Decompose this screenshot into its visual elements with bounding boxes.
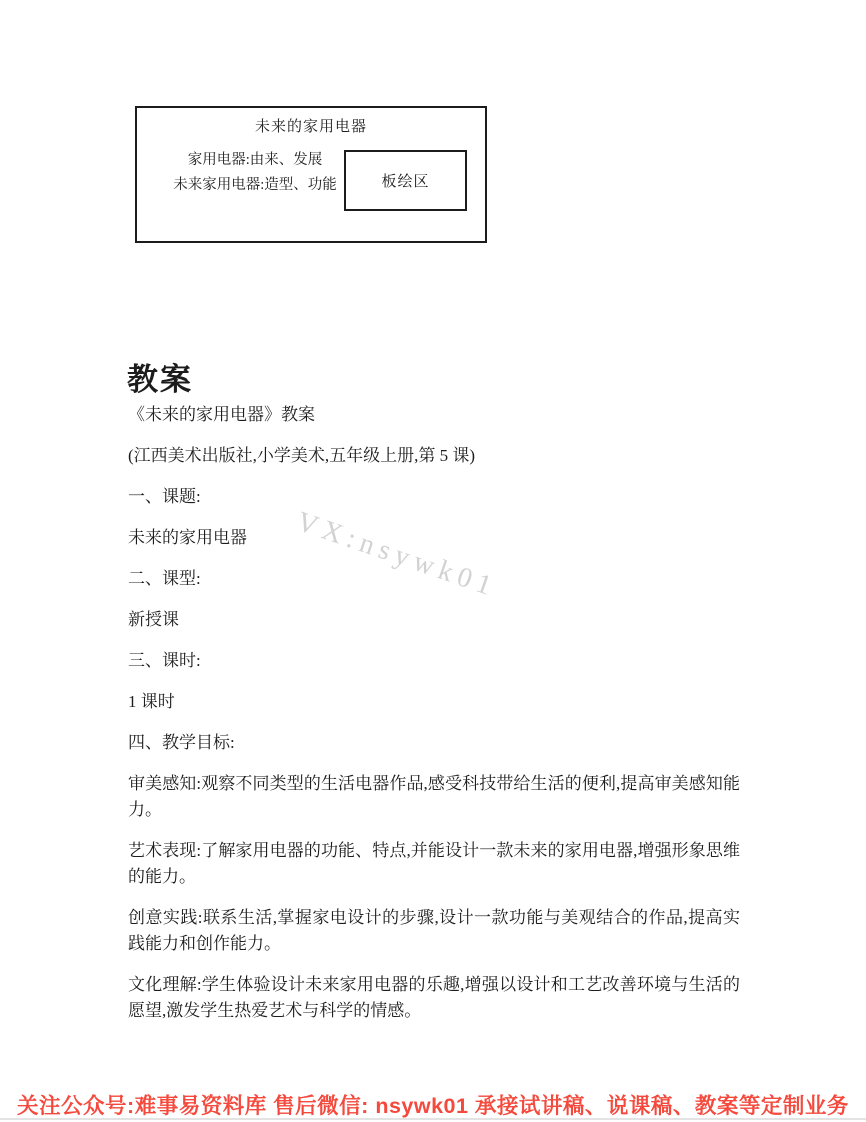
paragraph: 新授课: [128, 607, 740, 633]
diagram-outline-line-1: 家用电器:由来、发展: [145, 148, 365, 173]
paragraph: 文化理解:学生体验设计未来家用电器的乐趣,增强以设计和工艺改善环境与生活的愿望,…: [128, 972, 740, 1024]
footer-banner: 关注公众号:难事易资料库 售后微信: nsywk01 承接试讲稿、说课稿、教案等…: [0, 1089, 866, 1120]
paragraph: (江西美术出版社,小学美术,五年级上册,第 5 课): [128, 443, 740, 469]
paragraph: 艺术表现:了解家用电器的功能、特点,并能设计一款未来的家用电器,增强形象思维的能…: [128, 838, 740, 890]
diagram-outline-line-2: 未来家用电器:造型、功能: [145, 173, 365, 198]
paragraph: 审美感知:观察不同类型的生活电器作品,感受科技带给生活的便利,提高审美感知能力。: [128, 771, 740, 823]
footer-divider: [0, 1118, 866, 1120]
page-title: 教案: [127, 354, 193, 399]
diagram-outline-text: 家用电器:由来、发展 未来家用电器:造型、功能: [145, 148, 365, 198]
paragraph: 未来的家用电器: [128, 525, 740, 551]
document-body: 《未来的家用电器》教案 (江西美术出版社,小学美术,五年级上册,第 5 课) 一…: [128, 402, 740, 1039]
paragraph: 四、教学目标:: [128, 730, 740, 756]
paragraph: 一、课题:: [128, 484, 740, 510]
board-drawing-area-label: 板绘区: [381, 170, 429, 191]
paragraph: 1 课时: [128, 689, 740, 715]
paragraph: 《未来的家用电器》教案: [128, 402, 740, 428]
paragraph: 创意实践:联系生活,掌握家电设计的步骤,设计一款功能与美观结合的作品,提高实践能…: [128, 905, 740, 957]
board-layout-diagram: 未来的家用电器 家用电器:由来、发展 未来家用电器:造型、功能 板绘区: [135, 106, 487, 243]
paragraph: 二、课型:: [128, 566, 740, 592]
board-drawing-area-box: 板绘区: [344, 150, 467, 211]
diagram-title: 未来的家用电器: [137, 115, 485, 136]
paragraph: 三、课时:: [128, 648, 740, 674]
